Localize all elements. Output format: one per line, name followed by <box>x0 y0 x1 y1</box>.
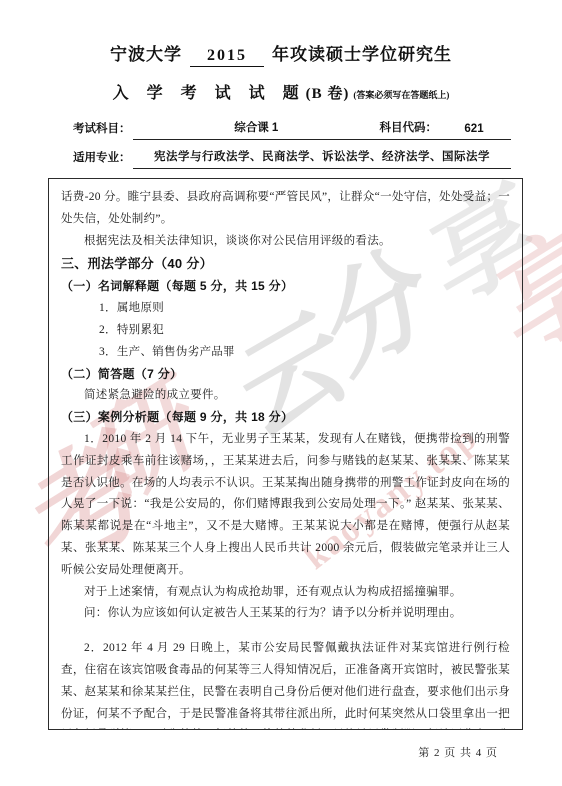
majors-row: 适用专业： 宪法学与行政法学、民商法学、诉讼法学、经济法学、国际法学 <box>73 140 511 169</box>
subject-code-value: 621 <box>437 123 511 135</box>
constitution-question: 根据宪法及相关法律知识，谈谈你对公民信用评级的看法。 <box>61 231 510 253</box>
answer-sheet-note: (答案必须写在答题纸上) <box>353 90 449 100</box>
subject-row-line: 综合课 1 科目代码： 621 <box>133 119 511 140</box>
case1-text: 1．2010 年 2 月 14 下午，无业男子王某某，发现有人在赌钱，便携带捡到… <box>61 429 510 582</box>
subject-value: 综合课 1 <box>133 119 380 135</box>
section-criminal-law-title: 三、刑法学部分（40 分） <box>61 252 510 276</box>
subsection-short-answer-title: （二）简答题（7 分） <box>61 364 510 386</box>
exam-title-line: 入 学 考 试 试 题(B 卷)(答案必须写在答题纸上) <box>0 80 562 103</box>
paper-version: (B 卷) <box>306 86 350 102</box>
university-name: 宁波大学 <box>110 45 182 64</box>
case1-question: 问：你认为应该如何认定被告人王某某的行为？请予以分析并说明理由。 <box>61 603 510 625</box>
continued-paragraph: 话费-20 分。睢宁县委、县政府高调称要“严管民风”，让群众“一处守信，处处受益… <box>61 187 510 231</box>
exam-paper-page: 考 研 云 分 享 享 kaoyany.top 宁波大学2015年攻读硕士学位研… <box>0 0 562 786</box>
subject-label: 考试科目： <box>73 120 133 140</box>
subsection-case-analysis-title: （三）案例分析题（每题 9 分，共 18 分） <box>61 407 510 429</box>
term-item: 1．属地原则 <box>61 298 510 320</box>
case1-views: 对于上述案情，有观点认为构成抢劫罪，还有观点认为构成招摇撞骗罪。 <box>61 582 510 604</box>
subject-row: 考试科目： 综合课 1 科目代码： 621 <box>73 111 511 140</box>
exam-info-table: 考试科目： 综合课 1 科目代码： 621 适用专业： 宪法学与行政法学、民商法… <box>73 111 511 169</box>
majors-label: 适用专业： <box>73 149 133 169</box>
page-number: 第 2 页 共 4 页 <box>0 744 562 760</box>
case2-text: 2．2012 年 4 月 29 日晚上，某市公安局民警佩戴执法证件对某宾馆进行例… <box>61 638 510 730</box>
university-title-line: 宁波大学2015年攻读硕士学位研究生 <box>0 0 562 67</box>
short-answer-question: 简述紧急避险的成立要件。 <box>61 385 510 407</box>
majors-value: 宪法学与行政法学、民商法学、诉讼法学、经济法学、国际法学 <box>133 148 511 164</box>
subject-code-label: 科目代码： <box>380 119 438 135</box>
degree-program-text: 年攻读硕士学位研究生 <box>272 45 452 64</box>
page-content: 宁波大学2015年攻读硕士学位研究生 入 学 考 试 试 题(B 卷)(答案必须… <box>0 0 562 760</box>
term-item: 3．生产、销售伪劣产品罪 <box>61 342 510 364</box>
exam-year: 2015 <box>190 47 264 67</box>
exam-title: 入 学 考 试 试 题 <box>113 85 306 102</box>
term-item: 2．特别累犯 <box>61 320 510 342</box>
question-content-box: 话费-20 分。睢宁县委、县政府高调称要“严管民风”，让群众“一处守信，处处受益… <box>48 178 523 730</box>
majors-row-line: 宪法学与行政法学、民商法学、诉讼法学、经济法学、国际法学 <box>133 148 511 169</box>
subsection-terms-title: （一）名词解释题（每题 5 分，共 15 分） <box>61 276 510 298</box>
